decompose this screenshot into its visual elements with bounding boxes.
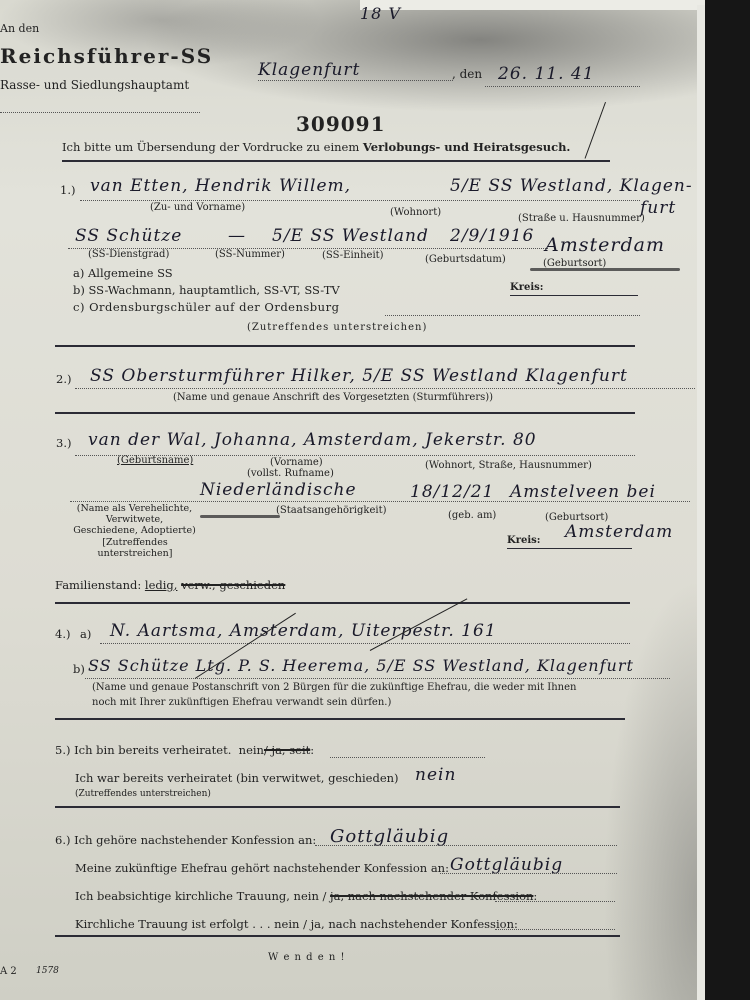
scribble-mark — [200, 515, 280, 518]
label-underline-note: [Zutreffendes unterstreichen] — [85, 537, 185, 559]
underline-note: (Zutreffendes unterstreichen) — [247, 322, 427, 333]
church-wedding-label: Ich beabsichtige kirchliche Trauung, nei… — [75, 889, 326, 903]
residence-cont: furt — [640, 198, 676, 218]
label-birthdate: (Geburtsdatum) — [425, 254, 506, 265]
dotted-line — [495, 901, 615, 902]
label-callname: (vollst. Rufname) — [247, 468, 334, 479]
bride-birthdate-field: 18/12/21 — [410, 482, 494, 502]
print-code: 1578 — [36, 966, 59, 976]
dotted-line — [258, 80, 453, 81]
dotted-line — [315, 845, 617, 846]
married-struck: / ja, seit — [264, 743, 310, 757]
dotted-line — [0, 112, 200, 113]
option-b: b) SS-Wachmann, hauptamtlich, SS-VT, SS-… — [73, 283, 340, 297]
section-number: 5.) — [55, 743, 70, 757]
section-number: 1.) — [60, 183, 75, 197]
guarantor-a-label: a) — [80, 627, 91, 641]
dotted-line — [70, 501, 690, 502]
own-confession-label: Ich gehöre nachstehender Konfession an: — [74, 833, 316, 847]
married-answer: nein — [239, 743, 264, 757]
name-field: van Etten, Hendrik Willem, — [90, 176, 351, 196]
family-status: Familienstand: ledig, verw., geschieden — [55, 578, 285, 592]
supervisor-field: SS Obersturmführer Hilker, 5/E SS Westla… — [90, 366, 628, 386]
bride-field: van der Wal, Johanna, Amsterdam, Jekerst… — [88, 430, 537, 450]
scribble-mark — [530, 268, 680, 271]
dotted-line — [80, 200, 640, 201]
request-type: Verlobungs- und Heiratsgesuch. — [363, 140, 571, 154]
department: Rasse- und Siedlungshauptamt — [0, 78, 189, 92]
guarantor-note-1: (Name und genaue Postanschrift von 2 Bür… — [92, 682, 576, 693]
form-code: A 2 — [0, 966, 17, 977]
dotted-line — [330, 757, 485, 758]
paper-edge — [360, 0, 710, 10]
previous-marriage-question: Ich war bereits verheiratet (bin verwitw… — [75, 771, 399, 785]
label-street: (Straße u. Hausnummer) — [518, 213, 645, 224]
guarantor-b-field: SS Schütze Ltg. P. S. Heerema, 5/E SS We… — [88, 656, 634, 675]
bride-kreis-field: Amsterdam — [565, 522, 673, 542]
family-status-struck: verw., geschieden — [181, 578, 285, 592]
label-supervisor: (Name und genaue Anschrift des Vorgesetz… — [173, 392, 493, 403]
date-prefix: , den — [452, 67, 482, 81]
label-name: (Zu- und Vorname) — [150, 202, 245, 213]
number-field: — — [228, 226, 246, 246]
request-text: Ich bitte um Übersendung der Vordrucke z… — [62, 140, 359, 154]
divider — [55, 602, 630, 604]
option-a: a) Allgemeine SS — [73, 266, 173, 280]
divider — [55, 935, 620, 937]
bride-birthplace-field: Amstelveen bei — [510, 482, 656, 502]
label-residence: (Wohnort) — [390, 207, 441, 218]
divider — [55, 806, 620, 808]
marriage-status-line1: 5.) Ich bin bereits verheiratet. nein/ j… — [55, 743, 314, 757]
dark-background — [705, 0, 750, 1000]
turn-over-note: W e n d e n ! — [268, 952, 346, 963]
kreis-line — [507, 548, 632, 549]
residence-field: 5/E SS Westland, Klagen- — [450, 176, 693, 196]
colon: : — [310, 743, 314, 757]
guarantor-b-label: b) — [73, 662, 85, 676]
label-nationality: (Staatsangehörigkeit) — [276, 505, 387, 516]
divider — [55, 345, 635, 347]
unit-field: 5/E SS Westland — [272, 226, 429, 246]
dotted-line — [440, 873, 617, 874]
divider — [55, 412, 635, 414]
guarantor-note-2: noch mit Ihrer zukünftigen Ehefrau verwa… — [92, 697, 391, 708]
own-confession-field: Gottgläubig — [330, 826, 449, 847]
label-born-on: (geb. am) — [448, 510, 496, 521]
place-field: Klagenfurt — [258, 60, 360, 80]
confession-line1: 6.) Ich gehöre nachstehender Konfession … — [55, 833, 316, 847]
section-number: 6.) — [55, 833, 70, 847]
reference-number: 309091 — [296, 112, 386, 136]
top-note: 18 V — [360, 4, 401, 23]
dotted-line — [85, 678, 670, 679]
nationality-field: Niederländische — [200, 480, 357, 500]
dotted-line — [485, 86, 640, 87]
label-kreis: Kreis: — [510, 282, 543, 293]
rank-field: SS Schütze — [75, 226, 182, 246]
dotted-line — [75, 388, 695, 389]
addressee: Reichsführer-SS — [0, 44, 213, 68]
family-status-selected: ledig, — [145, 578, 178, 592]
dotted-line — [385, 315, 640, 316]
label-firstname: (Vorname) — [270, 457, 323, 468]
birthdate-field: 2/9/1916 — [450, 226, 534, 246]
bride-confession-field: Gottgläubig — [450, 855, 563, 875]
label-birthname: (Geburtsname) — [117, 455, 193, 466]
dotted-line — [495, 929, 615, 930]
bride-confession-label: Meine zukünftige Ehefrau gehört nachsteh… — [75, 861, 449, 875]
church-wedding-intent: Ich beabsichtige kirchliche Trauung, nei… — [75, 889, 537, 903]
dotted-line — [100, 643, 630, 644]
addressee-prefix: An den — [0, 22, 39, 35]
kreis-line — [510, 295, 638, 296]
divider — [62, 160, 610, 162]
label-number: (SS-Nummer) — [215, 249, 285, 260]
family-status-label: Familienstand: — [55, 578, 141, 592]
label-kreis: Kreis: — [507, 535, 540, 546]
request-line: Ich bitte um Übersendung der Vordrucke z… — [62, 140, 570, 154]
underline-note: (Zutreffendes unterstreichen) — [75, 789, 211, 799]
previous-marriage-answer: nein — [415, 765, 456, 785]
birthplace-field: Amsterdam — [545, 234, 665, 256]
section-number: 4.) — [55, 627, 70, 641]
married-question: Ich bin bereits verheiratet. — [74, 743, 231, 757]
section-number: 3.) — [56, 436, 71, 450]
label-address: (Wohnort, Straße, Hausnummer) — [425, 460, 592, 471]
label-unit: (SS-Einheit) — [322, 250, 384, 261]
date-field: 26. 11. 41 — [498, 64, 595, 84]
option-c: c) Ordensburgschüler auf der Ordensburg — [73, 300, 339, 314]
label-rank: (SS-Dienstgrad) — [88, 249, 169, 260]
section-number: 2.) — [56, 372, 71, 386]
church-wedding-done: Kirchliche Trauung ist erfolgt . . . nei… — [75, 917, 518, 931]
divider — [55, 718, 625, 720]
label-married-name: (Name als Verehelichte, Verwitwete, Gesc… — [72, 503, 197, 536]
guarantor-a-field: N. Aartsma, Amsterdam, Uiterpestr. 161 — [110, 621, 497, 641]
